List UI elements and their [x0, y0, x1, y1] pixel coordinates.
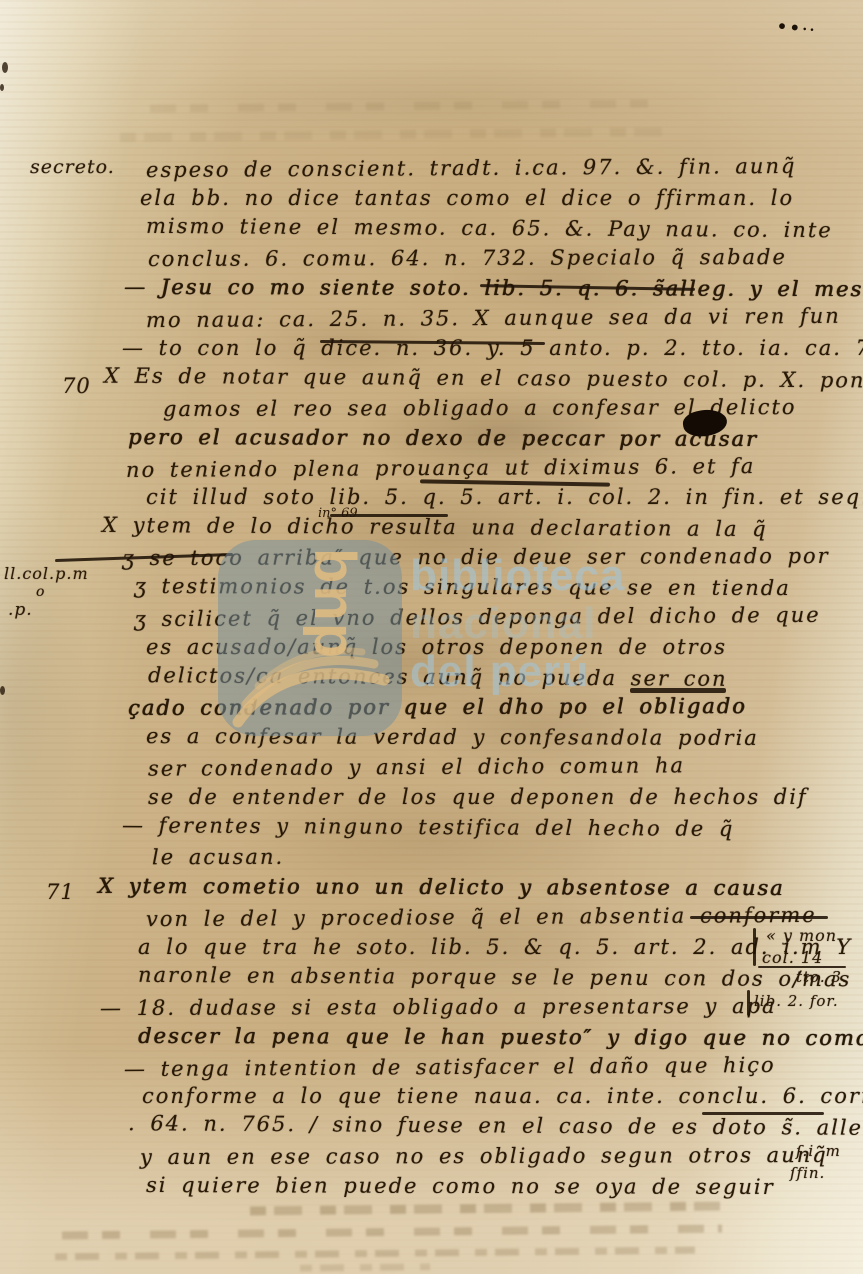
manuscript-line: — to con lo q̃ dice. n. 36. y. 5 anto. p… — [122, 336, 863, 360]
manuscript-line: se de entender de los que deponen de hec… — [148, 785, 808, 809]
edge-speck — [0, 686, 5, 695]
manuscript-line: X ytem cometio uno un delicto y absentos… — [98, 874, 785, 900]
manuscript-line: — 18. dudase si esta obligado a presenta… — [100, 994, 777, 1020]
bnp-watermark-line3: del perú — [410, 648, 625, 696]
manuscript-line: mo naua: ca. 25. n. 35. X aunque sea da … — [146, 304, 841, 332]
manuscript-line: mismo tiene el mesmo. ca. 65. &. Pay nau… — [146, 214, 833, 242]
manuscript-line: ser condenado y ansi el dicho comun ha — [148, 753, 685, 780]
ink-bracket — [753, 928, 756, 966]
manuscript-line: X Es de notar que aunq̃ en el caso puest… — [104, 363, 863, 392]
manuscript-line: . 64. n. 765. / sino fuese en el caso de… — [128, 1112, 863, 1142]
ink-rule — [690, 916, 828, 919]
bnp-logo-swoosh-icon — [224, 626, 396, 730]
ink-underline — [702, 1112, 824, 1115]
margin-note-p: .p. — [8, 600, 33, 620]
edge-speck — [2, 62, 8, 73]
margin-note-col: ll.col.p.m — [4, 564, 89, 583]
edge-speck — [0, 84, 4, 91]
bnp-watermark-line1: biblioteca — [410, 552, 625, 600]
manuscript-line: espeso de conscient. tradt. i.ca. 97. &.… — [146, 154, 797, 182]
manuscript-line: pero el acusador no dexo de peccar por a… — [128, 425, 758, 451]
ink-underline — [758, 966, 846, 968]
manuscript-line: ela bb. no dice tantas como el dice o ff… — [140, 186, 794, 210]
manuscript-page: ••·· secreto. 70 ll.col.p.m o .p. 71 « y… — [0, 0, 863, 1274]
bnp-watermark-text: biblioteca nacional del perú — [410, 552, 625, 696]
ink-underline — [330, 514, 448, 517]
bleedthrough-line — [250, 1202, 720, 1216]
margin-number-70: 70 — [62, 374, 91, 398]
manuscript-line: si quiere bien puede como no se oya de s… — [146, 1173, 775, 1199]
ink-bracket — [747, 990, 750, 1016]
bleedthrough-line — [300, 1263, 430, 1271]
manuscript-line: conclus. 6. comu. 64. n. 732. Specialo q… — [148, 245, 787, 271]
bleedthrough-line — [120, 127, 680, 142]
margin-number-71: 71 — [46, 880, 75, 904]
manuscript-line: le acusan. — [152, 845, 284, 869]
bnp-watermark-line2: nacional — [410, 600, 625, 648]
manuscript-line: descer la pena que le han puesto″ y digo… — [138, 1023, 863, 1049]
bleedthrough-line — [62, 1225, 722, 1240]
margin-note-col-sup: o — [36, 584, 45, 600]
manuscript-line: naronle en absentia porque se le penu co… — [138, 962, 851, 990]
manuscript-line: cit illud soto lib. 5. q. 5. art. i. col… — [146, 485, 863, 509]
margin-note-secreto: secreto. — [30, 156, 115, 178]
manuscript-line: conforme a lo que tiene naua. ca. inte. … — [142, 1084, 863, 1108]
bleedthrough-line — [55, 1247, 695, 1261]
bnp-logo-badge: bnp — [218, 540, 402, 736]
manuscript-line: y aun en ese caso no es obligado segun o… — [140, 1143, 828, 1169]
ink-strikethrough — [630, 688, 726, 693]
bleedthrough-line — [150, 99, 670, 112]
manuscript-line: no teniendo plena prouança ut diximus 6.… — [126, 454, 756, 482]
manuscript-line: — tenga intention de satisfacer el daño … — [124, 1052, 776, 1080]
manuscript-line: X ytem de lo dicho resulta una declarati… — [102, 513, 768, 541]
corner-ink-dots: ••·· — [775, 14, 818, 42]
manuscript-line: — Jesu co mo siente soto. lib. 5. q. 6. … — [124, 275, 863, 301]
manuscript-line: — ferentes y ninguno testifica del hecho… — [122, 813, 734, 841]
